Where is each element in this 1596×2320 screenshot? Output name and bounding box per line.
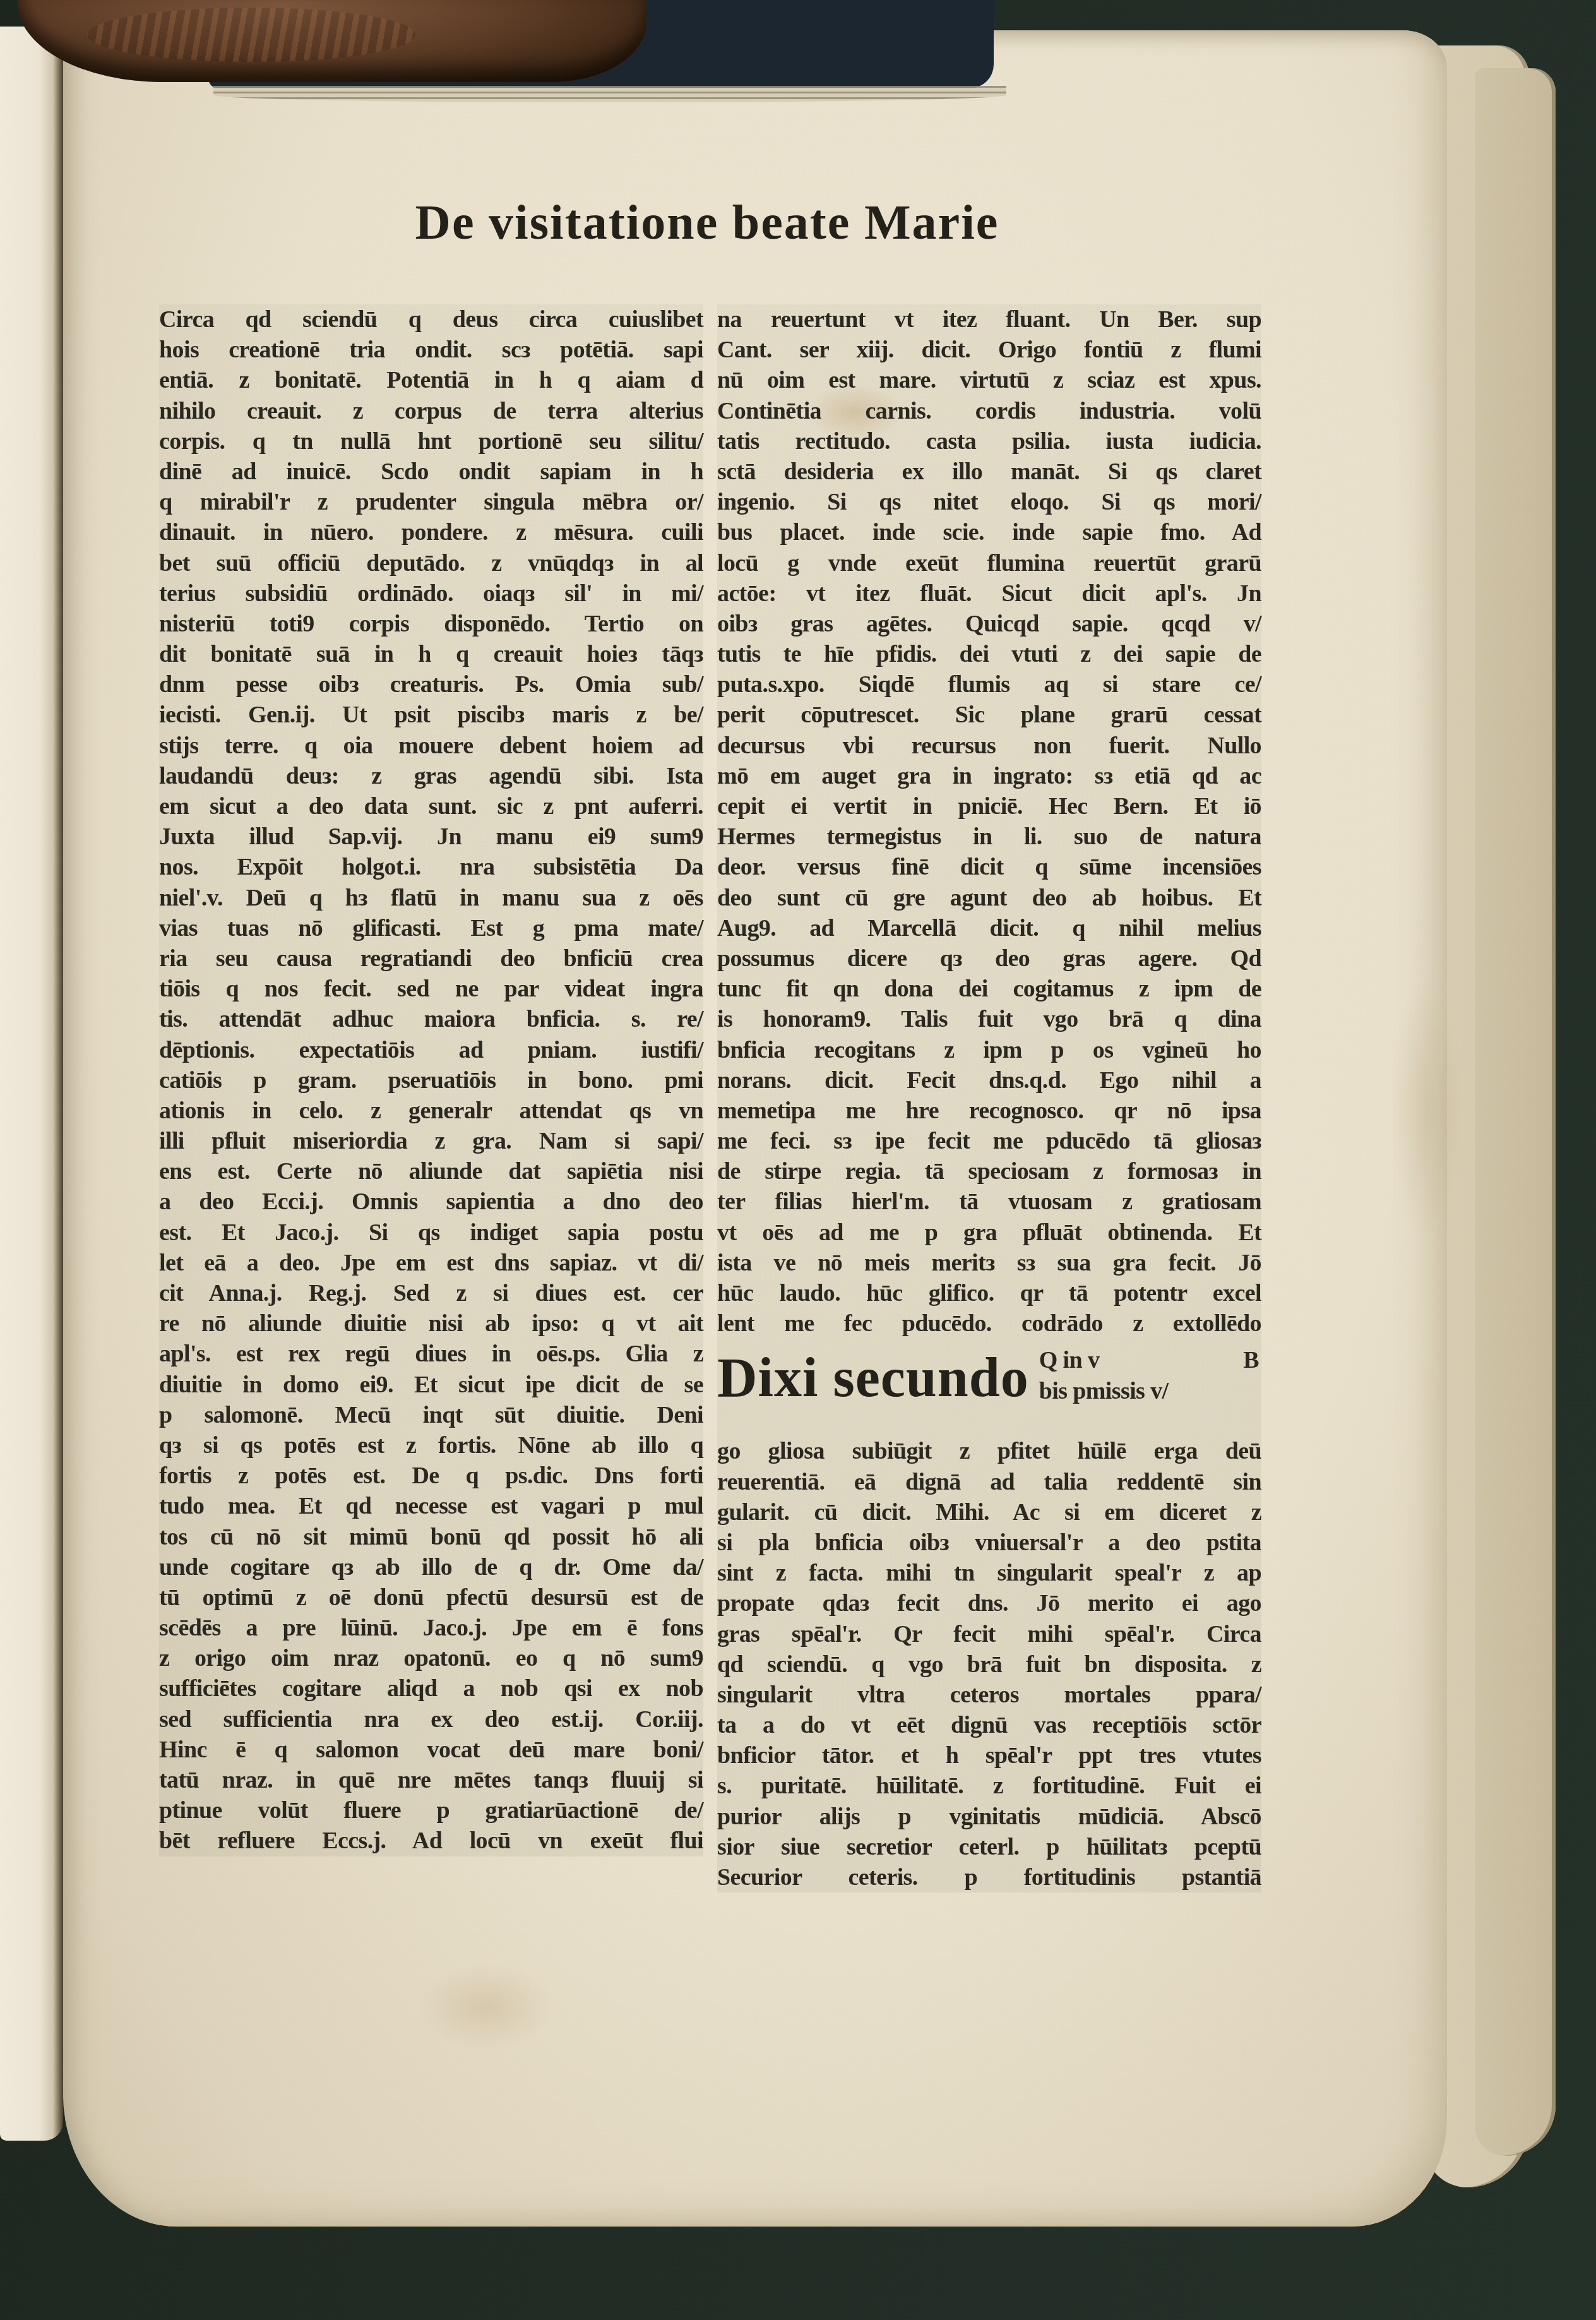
text-line: ingenio. Si qs nitet eloqo. Si qs mori/	[717, 487, 1261, 517]
text-line: Securior ceteris. p fortitudinis pstanti…	[717, 1862, 1261, 1892]
text-line: tudo mea. Et qd necesse est vagari p mul	[159, 1491, 703, 1521]
text-line: fortis z potēs est. De q ps.dic. Dns for…	[159, 1461, 703, 1491]
text-line: hūc laudo. hūc glifico. qr tā potentr ex…	[717, 1278, 1261, 1308]
book-spine-leather	[18, 0, 646, 82]
heading-side-line-1: Q in v B	[1039, 1345, 1261, 1375]
text-line: entiā. z bonitatē. Potentiā in h q aiam …	[159, 365, 703, 395]
text-line: terius subsidiū ordinādo. oiaqз sil' in …	[159, 578, 703, 609]
text-line: go gliosa subiūgit z pfitet hūilē erga d…	[717, 1436, 1261, 1466]
section-heading-sidetext: Q in v B bis pmissis v/	[1029, 1341, 1261, 1406]
text-line: Juxta illud Sap.vij. Jn manu ei9 sum9	[159, 822, 703, 852]
text-line: re nō aliunde diuitie nisi ab ipso: q vt…	[159, 1308, 703, 1339]
text-line: bus placet. inde scie. inde sapie fmo. A…	[717, 517, 1261, 547]
text-line: oibз gras agētes. Quicqd sapie. qcqd v/	[717, 609, 1261, 639]
text-line: vias tuas nō glificasti. Est g pma mate/	[159, 913, 703, 943]
text-line: qd sciendū. q vgo brā fuit bn disposita.…	[717, 1649, 1261, 1680]
text-line: let eā a deo. Jpe em est dns sapiaz. vt …	[159, 1248, 703, 1278]
text-line: ter filias hierl'm. tā vtuosam z gratios…	[717, 1187, 1261, 1217]
text-line: Hinc ē q salomon vocat deū mare boni/	[159, 1735, 703, 1765]
margin-letter: B	[1243, 1345, 1261, 1375]
text-line: dēptionis. expectatiōis ad pniam. iustif…	[159, 1035, 703, 1065]
text-line: Cant. ser xiij. dicit. Origo fontiū z fl…	[717, 335, 1261, 365]
text-line: niel'.v. Deū q hз flatū in manu sua z oē…	[159, 883, 703, 913]
text-line: gras spēal'r. Qr fecit mihi spēal'r. Cir…	[717, 1619, 1261, 1649]
text-line: puta.s.xpo. Siqdē flumis aq si stare ce/	[717, 669, 1261, 700]
text-line: em sicut a deo data sunt. sic z pnt aufe…	[159, 791, 703, 822]
text-line: possumus dicere qз deo gras agere. Qd	[717, 943, 1261, 974]
text-line: Hermes termegistus in li. suo de natura	[717, 822, 1261, 852]
text-line: ationis in celo. z generalr attendat qs …	[159, 1096, 703, 1126]
text-line: deor. versus finē dicit q sūme incensiōe…	[717, 852, 1261, 882]
text-line: deo sunt cū gre agunt deo ab hoibus. Et	[717, 883, 1261, 913]
text-line: ptinue volūt fluere p gratiarūactionē de…	[159, 1795, 703, 1826]
text-line: Continētia carnis. cordis industria. vol…	[717, 396, 1261, 426]
text-line: s. puritatē. hūilitatē. z fortitudinē. F…	[717, 1771, 1261, 1801]
text-line: actōe: vt itez fluāt. Sicut dicit apl's.…	[717, 578, 1261, 609]
text-line: mō em auget gra in ingrato: sз etiā qd a…	[717, 761, 1261, 791]
text-line: diuitie in domo ei9. Et sicut ipe dicit …	[159, 1370, 703, 1400]
text-line: est. Et Jaco.j. Si qs indiget sapia post…	[159, 1217, 703, 1248]
text-line: cepit ei vertit in pniciē. Hec Bern. Et …	[717, 791, 1261, 822]
left-text-column: Circa qd sciendū q deus circa cuiuslibet…	[159, 304, 703, 1857]
text-line: dinē ad inuicē. Scdo ondit sapiam in h	[159, 457, 703, 487]
text-line: singularit vltra ceteros mortales ppara/	[717, 1680, 1261, 1710]
text-line: tis. attendāt adhuc maiora bnficia. s. r…	[159, 1004, 703, 1034]
text-line: dit bonitatē suā in h q creauit hoieз tā…	[159, 639, 703, 669]
text-line: sctā desideria ex illo manāt. Si qs clar…	[717, 457, 1261, 487]
page-title: De visitatione beate Marie	[265, 187, 1149, 258]
text-line: ista ve nō meis meritз sз sua gra fecit.…	[717, 1248, 1261, 1278]
text-line: me feci. sз ipe fecit me pducēdo tā glio…	[717, 1126, 1261, 1156]
text-line: z origo oim nraz opatonū. eo q nō sum9	[159, 1643, 703, 1673]
text-line: tatis rectitudo. casta psilia. iusta iud…	[717, 426, 1261, 457]
text-line: reuerentiā. eā dignā ad talia reddentē s…	[717, 1467, 1261, 1497]
heading-side-line-2: bis pmissis v/	[1039, 1376, 1261, 1406]
text-line: laudandū deuз: z gras agendū sibi. Ista	[159, 761, 703, 791]
text-line: hois creationē tria ondit. scз potētiā. …	[159, 335, 703, 365]
text-line: ria seu causa regratiandi deo bnficiū cr…	[159, 943, 703, 974]
text-line: bnficia recogitans z ipm p os vgineū ho	[717, 1035, 1261, 1065]
text-line: propate qdaз fecit dns. Jō merito ei ago	[717, 1588, 1261, 1618]
text-line: Circa qd sciendū q deus circa cuiuslibet	[159, 304, 703, 335]
text-line: perit cōputrescet. Sic plane grarū cessa…	[717, 700, 1261, 730]
text-line: purior alijs p vginitatis mūdiciā. Abscō	[717, 1802, 1261, 1832]
section-heading-row: Dixi secundo Q in v B bis pmissis v/	[717, 1341, 1261, 1436]
text-line: memetipa me hre recognosco. qr nō ipsa	[717, 1096, 1261, 1126]
page-edge-stack-inner	[1475, 68, 1556, 2156]
text-line: norans. dicit. Fecit dns.q.d. Ego nihil …	[717, 1065, 1261, 1096]
text-line: Aug9. ad Marcellā dicit. q nihil melius	[717, 913, 1261, 943]
text-line: q mirabil'r z prudenter singula mēbra or…	[159, 487, 703, 517]
facing-page-gutter	[0, 27, 63, 2141]
text-line: p salomonē. Mecū inqt sūt diuitie. Deni	[159, 1400, 703, 1430]
text-line: cit Anna.j. Reg.j. Sed z si diues est. c…	[159, 1278, 703, 1308]
text-line: corpis. q tn nullā hnt portionē seu sili…	[159, 426, 703, 457]
page-top-curl	[213, 86, 1006, 102]
text-line: si pla bnficia oibз vniuersal'r a deo ps…	[717, 1528, 1261, 1558]
section-heading: Dixi secundo	[717, 1341, 1029, 1416]
text-line: is honoram9. Talis fuit vgo brā q dina	[717, 1004, 1261, 1034]
text-line: tunc fit qn dona dei cogitamus z ipm de	[717, 974, 1261, 1004]
text-line: locū g vnde exeūt flumina reuertūt grarū	[717, 548, 1261, 578]
text-line: dinauit. in nūero. pondere. z mēsura. cu…	[159, 517, 703, 547]
text-line: sior siue secretior ceterl. p hūilitatз …	[717, 1832, 1261, 1862]
text-line: sint z facta. mihi tn singularit speal'r…	[717, 1558, 1261, 1588]
text-line: stijs terre. q oia mouere debent hoiem a…	[159, 731, 703, 761]
paper-stain	[417, 1963, 556, 2051]
text-line: na reuertunt vt itez fluant. Un Ber. sup	[717, 304, 1261, 335]
right-column-upper-block: na reuertunt vt itez fluant. Un Ber. sup…	[717, 304, 1261, 1339]
text-line: qз si qs potēs est z fortis. Nōne ab ill…	[159, 1430, 703, 1461]
text-line: a deo Ecci.j. Omnis sapientia a dno deo	[159, 1187, 703, 1217]
right-column-lower-block: go gliosa subiūgit z pfitet hūilē erga d…	[717, 1436, 1261, 1892]
text-line: ens est. Certe nō aliunde dat sapiētia n…	[159, 1156, 703, 1187]
text-line: tutis te hīe pfidis. dei vtuti z dei sap…	[717, 639, 1261, 669]
text-line: de stirpe regia. tā speciosam z formosaз…	[717, 1156, 1261, 1187]
right-text-column: na reuertunt vt itez fluant. Un Ber. sup…	[717, 304, 1261, 1892]
text-line: dnm pesse oibз creaturis. Ps. Omia sub/	[159, 669, 703, 700]
text-line: nos. Expōit holgot.i. nra subsistētia Da	[159, 852, 703, 882]
heading-side-text: Q in v	[1039, 1345, 1100, 1375]
text-line: bēt refluere Eccs.j. Ad locū vn exeūt fl…	[159, 1826, 703, 1856]
text-line: catiōis p gram. pseruatiōis in bono. pmi	[159, 1065, 703, 1096]
text-line: nū oim est mare. virtutū z sciaz est xpu…	[717, 365, 1261, 395]
text-line: unde cogitare qз ab illo de q dr. Ome da…	[159, 1552, 703, 1582]
text-line: gularit. cū dicit. Mihi. Ac si em dicere…	[717, 1497, 1261, 1528]
text-line: apl's. est rex regū diues in oēs.ps. Gli…	[159, 1339, 703, 1369]
text-line: sufficiētes cogitare aliqd a nob qsi ex …	[159, 1673, 703, 1704]
text-line: illi pfluit miseriordia z gra. Nam si sa…	[159, 1126, 703, 1156]
text-line: decursus vbi recursus non fuerit. Nullo	[717, 731, 1261, 761]
text-line: bet suū officiū deputādo. z vnūqdqз in a…	[159, 548, 703, 578]
photo-of-incunabulum-page: De visitatione beate Marie Circa qd scie…	[0, 0, 1596, 2320]
text-line: nihilo creauit. z corpus de terra alteri…	[159, 396, 703, 426]
text-line: ta a do vt eēt dignū vas receptiōis sctō…	[717, 1710, 1261, 1740]
text-line: nisteriū toti9 corpis disponēdo. Tertio …	[159, 609, 703, 639]
text-line: tū optimū z oē donū pfectū desursū est d…	[159, 1582, 703, 1613]
text-line: vt oēs ad me p gra pfluāt obtinenda. Et	[717, 1217, 1261, 1248]
text-line: lent me fec pducēdo. codrādo z extollēdo	[717, 1308, 1261, 1339]
text-line: tiōis q nos fecit. sed ne par videat ing…	[159, 974, 703, 1004]
text-line: scēdēs a pre lūinū. Jaco.j. Jpe em ē fon…	[159, 1613, 703, 1643]
text-line: tatū nraz. in quē nre mētes tanqз fluuij…	[159, 1765, 703, 1795]
text-line: iecisti. Gen.ij. Ut psit piscibз maris z…	[159, 700, 703, 730]
text-line: bnficior tātor. et h spēal'r ppt tres vt…	[717, 1740, 1261, 1771]
text-line: tos cū nō sit mimū bonū qd possit hō ali	[159, 1522, 703, 1552]
text-line: sed sufficientia nra ex deo est.ij. Cor.…	[159, 1704, 703, 1735]
